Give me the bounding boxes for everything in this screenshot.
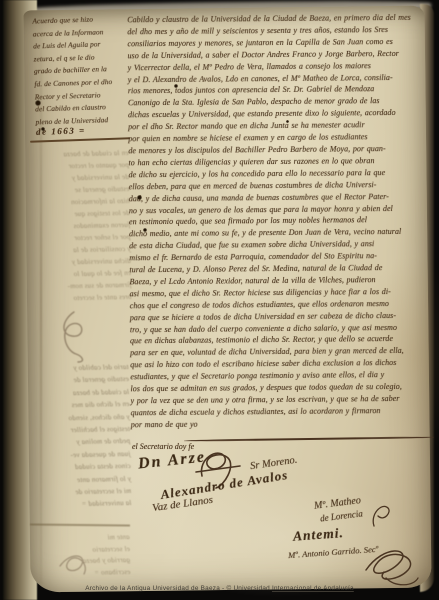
showthrough-flourish [52, 310, 96, 364]
ink-blot [41, 127, 45, 131]
manuscript-body-text: Cabildo y claustro de la Universidad de … [127, 12, 434, 431]
ink-blot [286, 120, 289, 123]
ink-blot [35, 100, 41, 106]
showthrough-line: la universidad = [31, 497, 131, 511]
ink-blot [174, 84, 178, 88]
showthrough-line: bres ante el secreto [33, 291, 131, 305]
rubric-flourish [368, 500, 394, 530]
caption-link[interactable]: Internacional de Andalucía [272, 585, 354, 592]
verso-showthrough-text: en la ciudad de baezapor quanto el recto… [30, 147, 131, 305]
margin-note: Acuerdo que se hizoacerca de la Informao… [32, 13, 132, 129]
manuscript-photo: en la ciudad de baezapor quanto el recto… [0, 0, 439, 600]
verso-showthrough-text: tario del cabildo yestudio general dela … [28, 361, 131, 512]
showthrough-flourish [56, 548, 92, 582]
ink-blot [143, 228, 147, 232]
caption-text: Archivo de la Antigua Universidad de Bae… [85, 585, 272, 592]
ink-blot [137, 195, 142, 200]
rubric-flourish [356, 548, 428, 590]
archive-caption: Archivo de la Antigua Universidad de Bae… [0, 585, 439, 592]
